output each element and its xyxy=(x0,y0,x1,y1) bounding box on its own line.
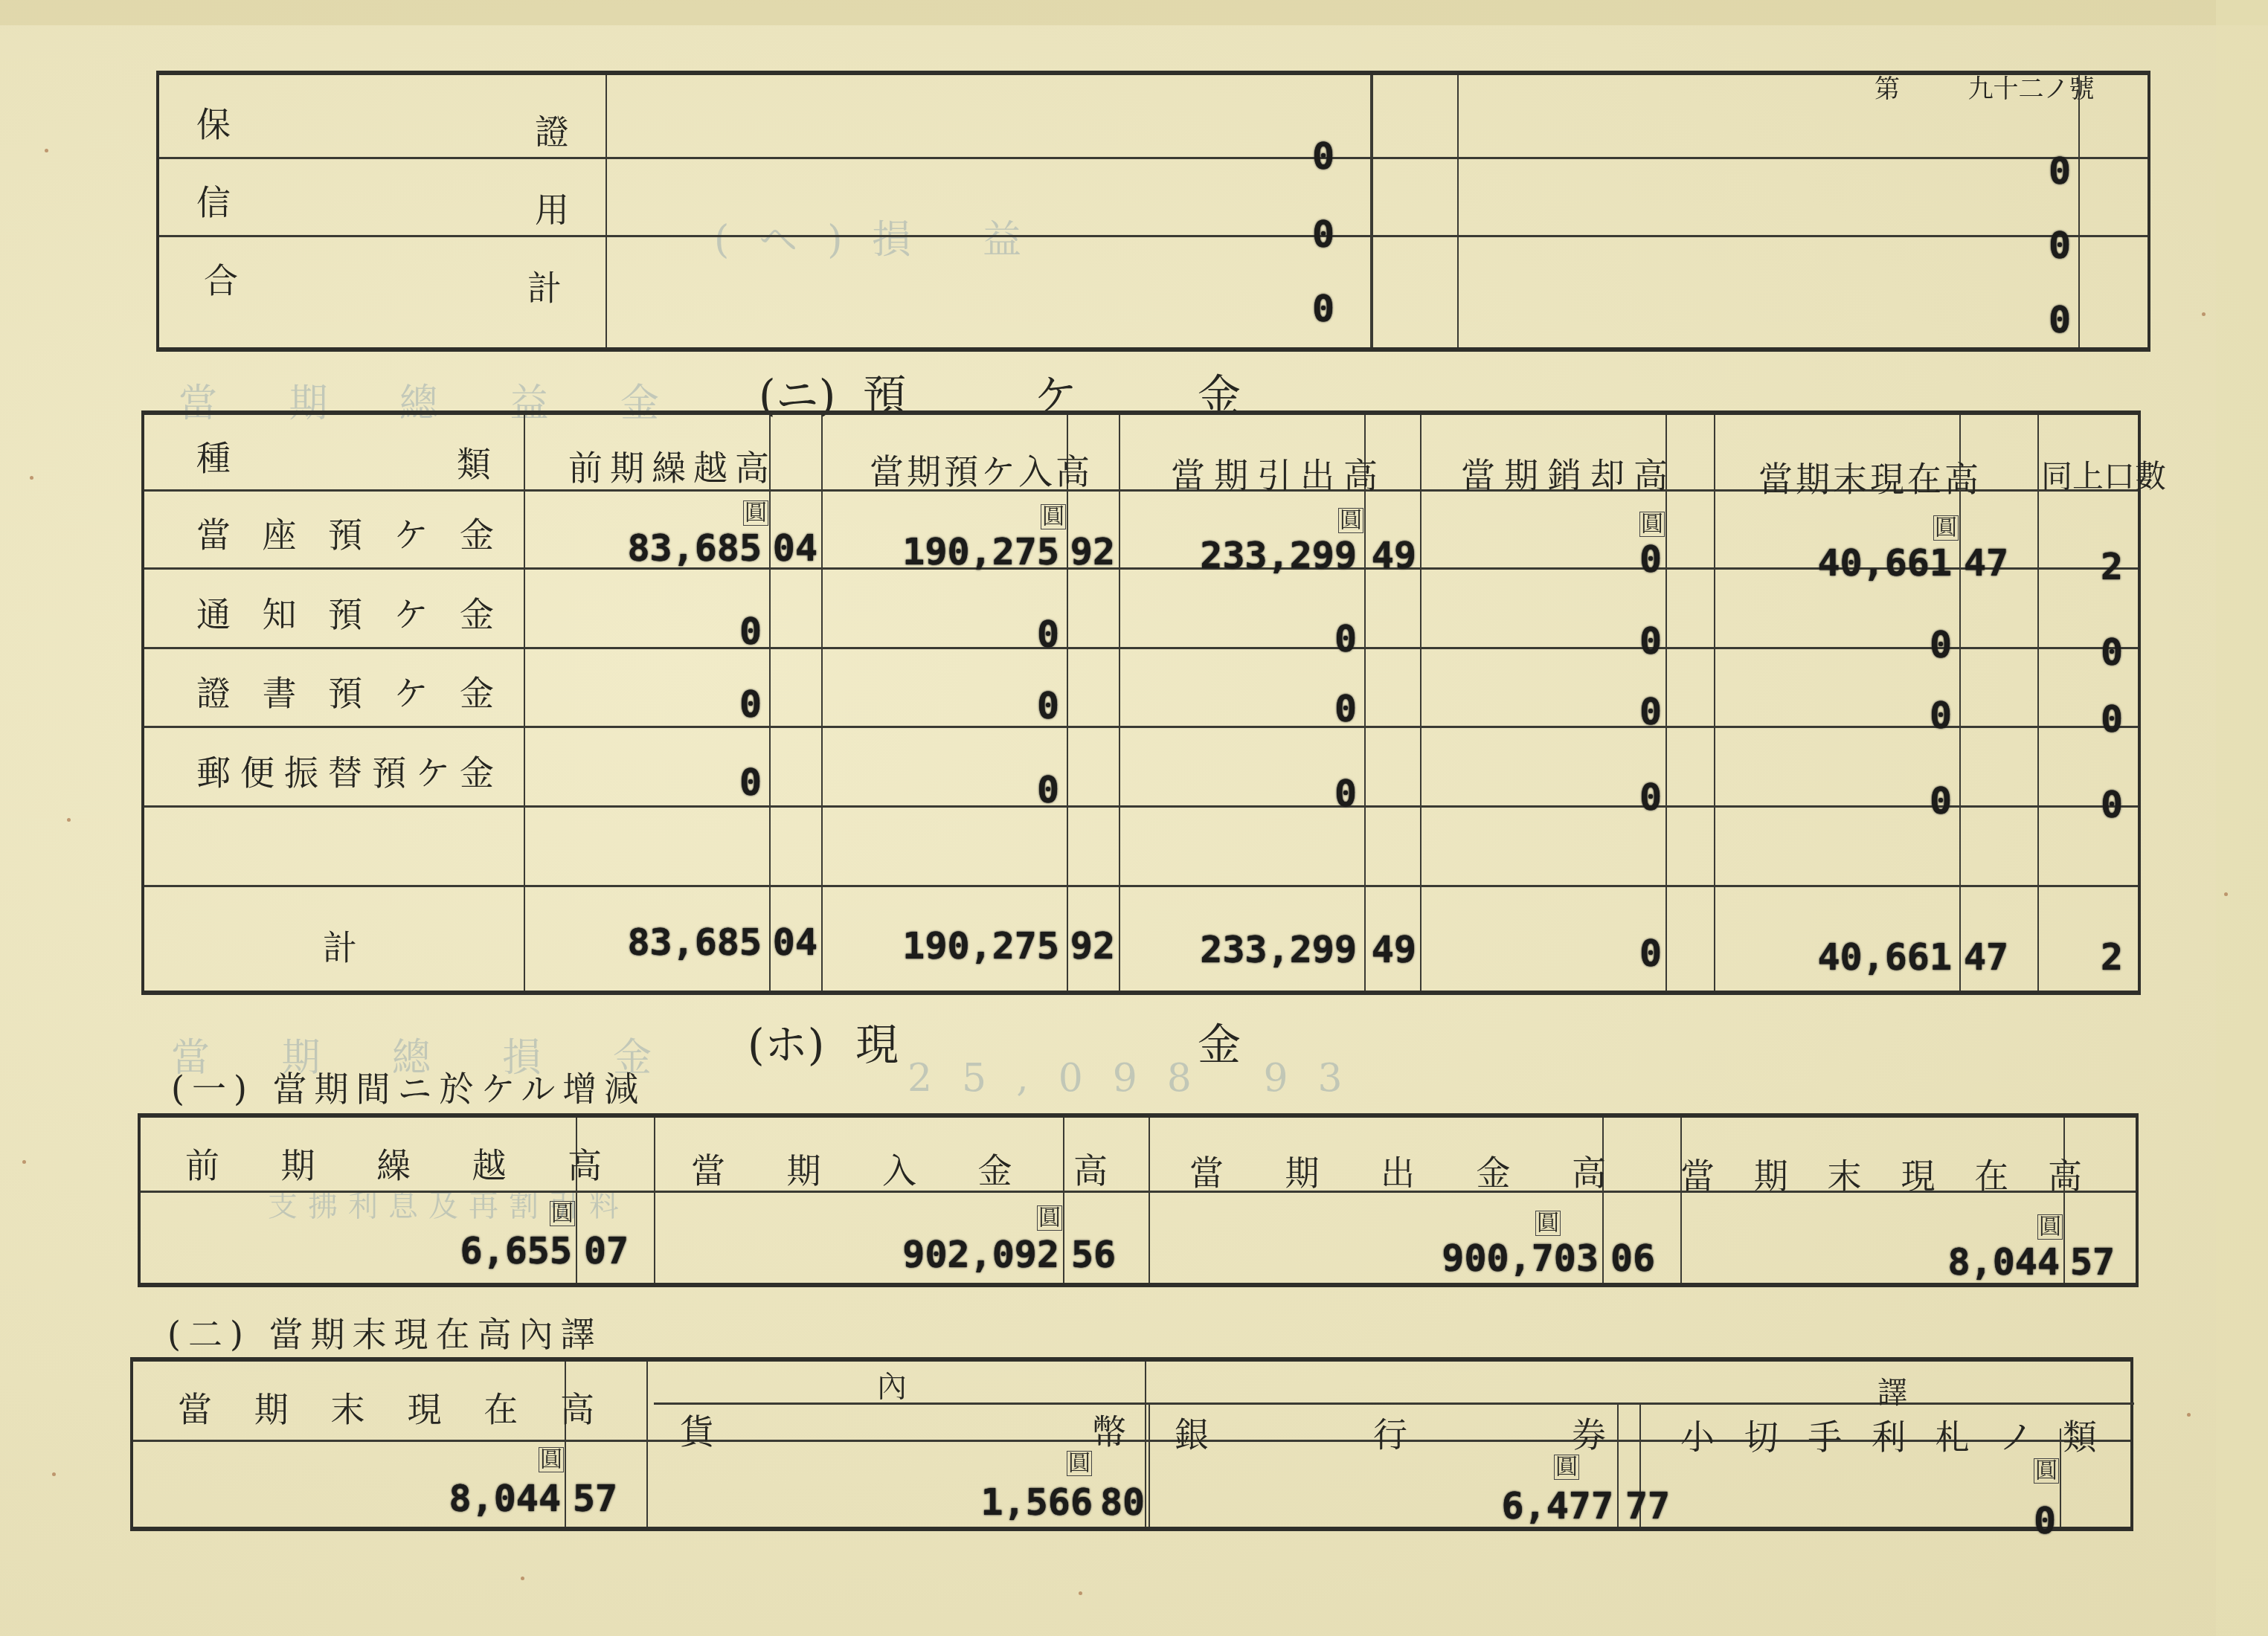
column-divider xyxy=(1602,1118,1604,1283)
paper-speck xyxy=(2187,1413,2191,1417)
postal-accounts: 0 xyxy=(2041,783,2123,826)
yen-unit-marker: 圓 xyxy=(1554,1455,1579,1480)
cash-payments-yen: 900,703 xyxy=(1301,1237,1599,1280)
notice-dep-yen: 0 xyxy=(829,613,1059,656)
column-divider xyxy=(1372,75,1373,347)
breakdown-currency-sen: 80 xyxy=(1100,1481,1145,1524)
row-label-credit-left: 信 xyxy=(196,175,231,225)
credit-value-b: 0 xyxy=(1996,224,2071,267)
total-end-sen: 47 xyxy=(1959,935,2038,979)
column-divider xyxy=(1457,75,1459,347)
yen-unit-marker: 圓 xyxy=(1338,508,1363,533)
page-right-edge xyxy=(2216,0,2268,1636)
yen-unit-marker: 圓 xyxy=(1037,1205,1062,1231)
yen-unit-marker: 圓 xyxy=(1041,504,1066,529)
current-wd-yen: 233,299 xyxy=(1126,534,1357,577)
paper-speck xyxy=(67,818,71,822)
notice-prev-yen: 0 xyxy=(531,610,762,653)
current-dep-sen: 92 xyxy=(1067,530,1115,573)
row-divider xyxy=(144,885,2138,887)
yen-unit-marker: 圓 xyxy=(1933,515,1959,541)
paper-speck xyxy=(22,1160,26,1164)
total-dep-sen: 92 xyxy=(1067,924,1115,967)
header-deposited: 當期預ケ入高 xyxy=(870,445,1093,494)
paper-speck xyxy=(521,1577,524,1580)
cash-prev-sen: 07 xyxy=(579,1229,655,1272)
row-type-postal-transfer-deposit: 郵便振替預ケ金 xyxy=(196,746,494,795)
current-accounts: 2 xyxy=(2041,545,2123,588)
column-divider xyxy=(2078,75,2080,347)
header-receipts: 當期入金高 xyxy=(691,1144,1108,1193)
credit-value-a: 0 xyxy=(1260,213,1334,256)
header-prev-balance: 前期繰越高 xyxy=(568,441,777,490)
current-end-sen: 47 xyxy=(1959,541,2038,584)
yen-unit-marker: 圓 xyxy=(1639,512,1665,537)
header-period-end: 當期末現在高 xyxy=(178,1382,594,1431)
postal-wo-yen: 0 xyxy=(1424,776,1662,819)
column-divider xyxy=(524,415,525,991)
current-prev-yen: 83,685 xyxy=(531,526,762,570)
guarantee-value-b: 0 xyxy=(1996,149,2071,193)
header-type-left: 種 xyxy=(196,431,231,480)
postal-end-yen: 0 xyxy=(1721,779,1952,822)
column-divider xyxy=(821,415,823,991)
total-prev-yen: 83,685 xyxy=(531,921,762,964)
bleed-through-text: 25,098 93 xyxy=(907,1056,1372,1101)
subtitle-cash-breakdown: (二) 當期末現在高內譯 xyxy=(167,1307,603,1356)
header-withdrawn: 當期引出高 xyxy=(1171,448,1387,497)
header-accounts: 同上口數 xyxy=(2041,452,2166,497)
yen-unit-marker: 圓 xyxy=(743,500,768,526)
row-type-notice-deposit: 通知預ケ金 xyxy=(196,587,494,637)
column-divider xyxy=(1149,1402,1150,1527)
column-divider xyxy=(1145,1362,1146,1527)
breakdown-end-sen: 57 xyxy=(568,1477,647,1520)
column-divider xyxy=(1665,415,1667,991)
section-title-cash-marker: (ホ) xyxy=(748,1010,824,1072)
yen-unit-marker: 圓 xyxy=(2037,1214,2063,1240)
total-prev-sen: 04 xyxy=(769,921,817,964)
certificate-accounts: 0 xyxy=(2041,698,2123,741)
total-end-yen: 40,661 xyxy=(1721,935,1952,979)
total-wd-sen: 49 xyxy=(1364,928,1416,971)
yen-unit-marker: 圓 xyxy=(1067,1451,1092,1476)
current-end-yen: 40,661 xyxy=(1721,541,1952,584)
cash-payments-sen: 06 xyxy=(1606,1237,1681,1280)
certificate-dep-yen: 0 xyxy=(829,684,1059,727)
header-bank-notes: 銀行券 xyxy=(1175,1408,1606,1457)
cash-end-sen: 57 xyxy=(2066,1240,2141,1284)
header-payments: 當期出金高 xyxy=(1189,1146,1606,1195)
total-wo-yen: 0 xyxy=(1424,932,1662,975)
certificate-wd-yen: 0 xyxy=(1126,687,1357,730)
breakdown-currency-yen: 1,566 xyxy=(877,1481,1093,1524)
column-divider xyxy=(605,75,607,347)
yen-unit-marker: 圓 xyxy=(550,1201,575,1226)
paper-speck xyxy=(2202,312,2206,316)
paper-speck xyxy=(1079,1591,1082,1595)
paper-speck xyxy=(2224,892,2228,896)
total-label: 計 xyxy=(323,921,357,970)
section-title-cash-c1: 現 xyxy=(855,1010,899,1072)
header-checks: 小切手利札ノ類 xyxy=(1680,1410,2097,1459)
notice-wo-yen: 0 xyxy=(1424,619,1662,663)
yen-unit-marker: 圓 xyxy=(2034,1458,2059,1484)
postal-dep-yen: 0 xyxy=(829,768,1059,811)
certificate-wo-yen: 0 xyxy=(1424,690,1662,733)
row-divider xyxy=(159,235,2147,237)
header-type-right: 類 xyxy=(457,437,491,486)
paper-speck xyxy=(52,1472,56,1476)
cash-end-yen: 8,044 xyxy=(1814,1240,2060,1284)
cash-receipts-sen: 56 xyxy=(1067,1233,1149,1276)
guarantee-value-a: 0 xyxy=(1260,135,1334,178)
total-accounts: 2 xyxy=(2041,935,2123,979)
breakdown-bank-yen: 6,477 xyxy=(1368,1484,1613,1527)
header-written-off: 當期銷却高 xyxy=(1461,448,1677,497)
cash-prev-yen: 6,655 xyxy=(364,1229,572,1272)
guarantee-credit-table: 保 證 0 0 信 用 0 0 合 計 0 0 xyxy=(156,71,2150,352)
total-value-a: 0 xyxy=(1260,287,1334,330)
row-divider xyxy=(159,157,2147,159)
current-wd-sen: 49 xyxy=(1364,534,1416,577)
row-label-credit-right: 用 xyxy=(535,183,569,232)
breakdown-bank-sen: 77 xyxy=(1621,1484,1685,1527)
cash-receipts-yen: 902,092 xyxy=(810,1233,1059,1276)
notice-accounts: 0 xyxy=(2041,631,2123,674)
certificate-prev-yen: 0 xyxy=(531,683,762,726)
row-label-guarantee-left: 保 xyxy=(196,97,231,146)
section-title-cash-c2: 金 xyxy=(1198,1010,1241,1072)
certificate-end-yen: 0 xyxy=(1721,694,1952,737)
column-divider xyxy=(1364,415,1366,991)
column-divider xyxy=(1119,415,1120,991)
subtitle-cash-changes: (一) 當期間ニ於ケル增減 xyxy=(171,1062,646,1111)
header-period-end: 當期末現在高 xyxy=(1758,452,1982,501)
row-label-total-right: 計 xyxy=(527,261,562,310)
header-breakdown-right: 譯 xyxy=(1877,1369,1907,1411)
yen-unit-marker: 圓 xyxy=(539,1447,564,1472)
total-dep-yen: 190,275 xyxy=(829,924,1059,967)
total-wd-yen: 233,299 xyxy=(1126,928,1357,971)
header-breakdown-left: 內 xyxy=(877,1363,907,1405)
total-value-b: 0 xyxy=(1996,298,2071,341)
current-prev-sen: 04 xyxy=(769,526,817,570)
column-divider xyxy=(769,415,771,991)
current-wo-yen: 0 xyxy=(1424,538,1662,581)
deposits-table: 種 類 前期繰越高 當期預ケ入高 當期引出高 當期銷却高 當期末現在高 同上口數… xyxy=(141,410,2141,995)
notice-wd-yen: 0 xyxy=(1126,617,1357,660)
column-divider xyxy=(2063,1118,2065,1283)
page-top-edge xyxy=(0,0,2268,25)
column-divider xyxy=(1617,1402,1619,1527)
yen-unit-marker: 圓 xyxy=(1535,1211,1561,1236)
postal-prev-yen: 0 xyxy=(531,761,762,804)
breakdown-checks-yen: 0 xyxy=(1844,1499,2056,1542)
column-divider xyxy=(2037,415,2039,991)
paper-speck xyxy=(30,476,33,480)
column-divider xyxy=(1067,415,1068,991)
breakdown-end-yen: 8,044 xyxy=(349,1477,561,1520)
column-divider xyxy=(1063,1118,1064,1283)
notice-end-yen: 0 xyxy=(1721,623,1952,666)
column-divider xyxy=(1714,415,1715,991)
header-currency: 貨幣 xyxy=(680,1405,1126,1454)
cash-breakdown-table: 當期末現在高 內 譯 貨幣 銀行券 小切手利札ノ類 圓 圓 圓 圓 8,044 … xyxy=(130,1357,2133,1531)
header-period-end: 當期末現在高 xyxy=(1680,1149,2082,1198)
row-type-certificate-deposit: 證書預ケ金 xyxy=(196,666,494,715)
postal-wd-yen: 0 xyxy=(1126,772,1357,815)
current-dep-yen: 190,275 xyxy=(829,530,1059,573)
header-prev-balance: 前期繰越高 xyxy=(185,1139,602,1188)
cash-changes-table: 前期繰越高 當期入金高 當期出金高 當期末現在高 圓 圓 圓 圓 6,655 0… xyxy=(138,1113,2139,1287)
column-divider xyxy=(1420,415,1421,991)
column-divider xyxy=(1959,415,1961,991)
row-label-guarantee-right: 證 xyxy=(535,105,569,154)
row-type-current-deposit: 當座預ケ金 xyxy=(196,508,494,557)
row-label-total-left: 合 xyxy=(204,254,238,303)
paper-speck xyxy=(45,149,48,152)
